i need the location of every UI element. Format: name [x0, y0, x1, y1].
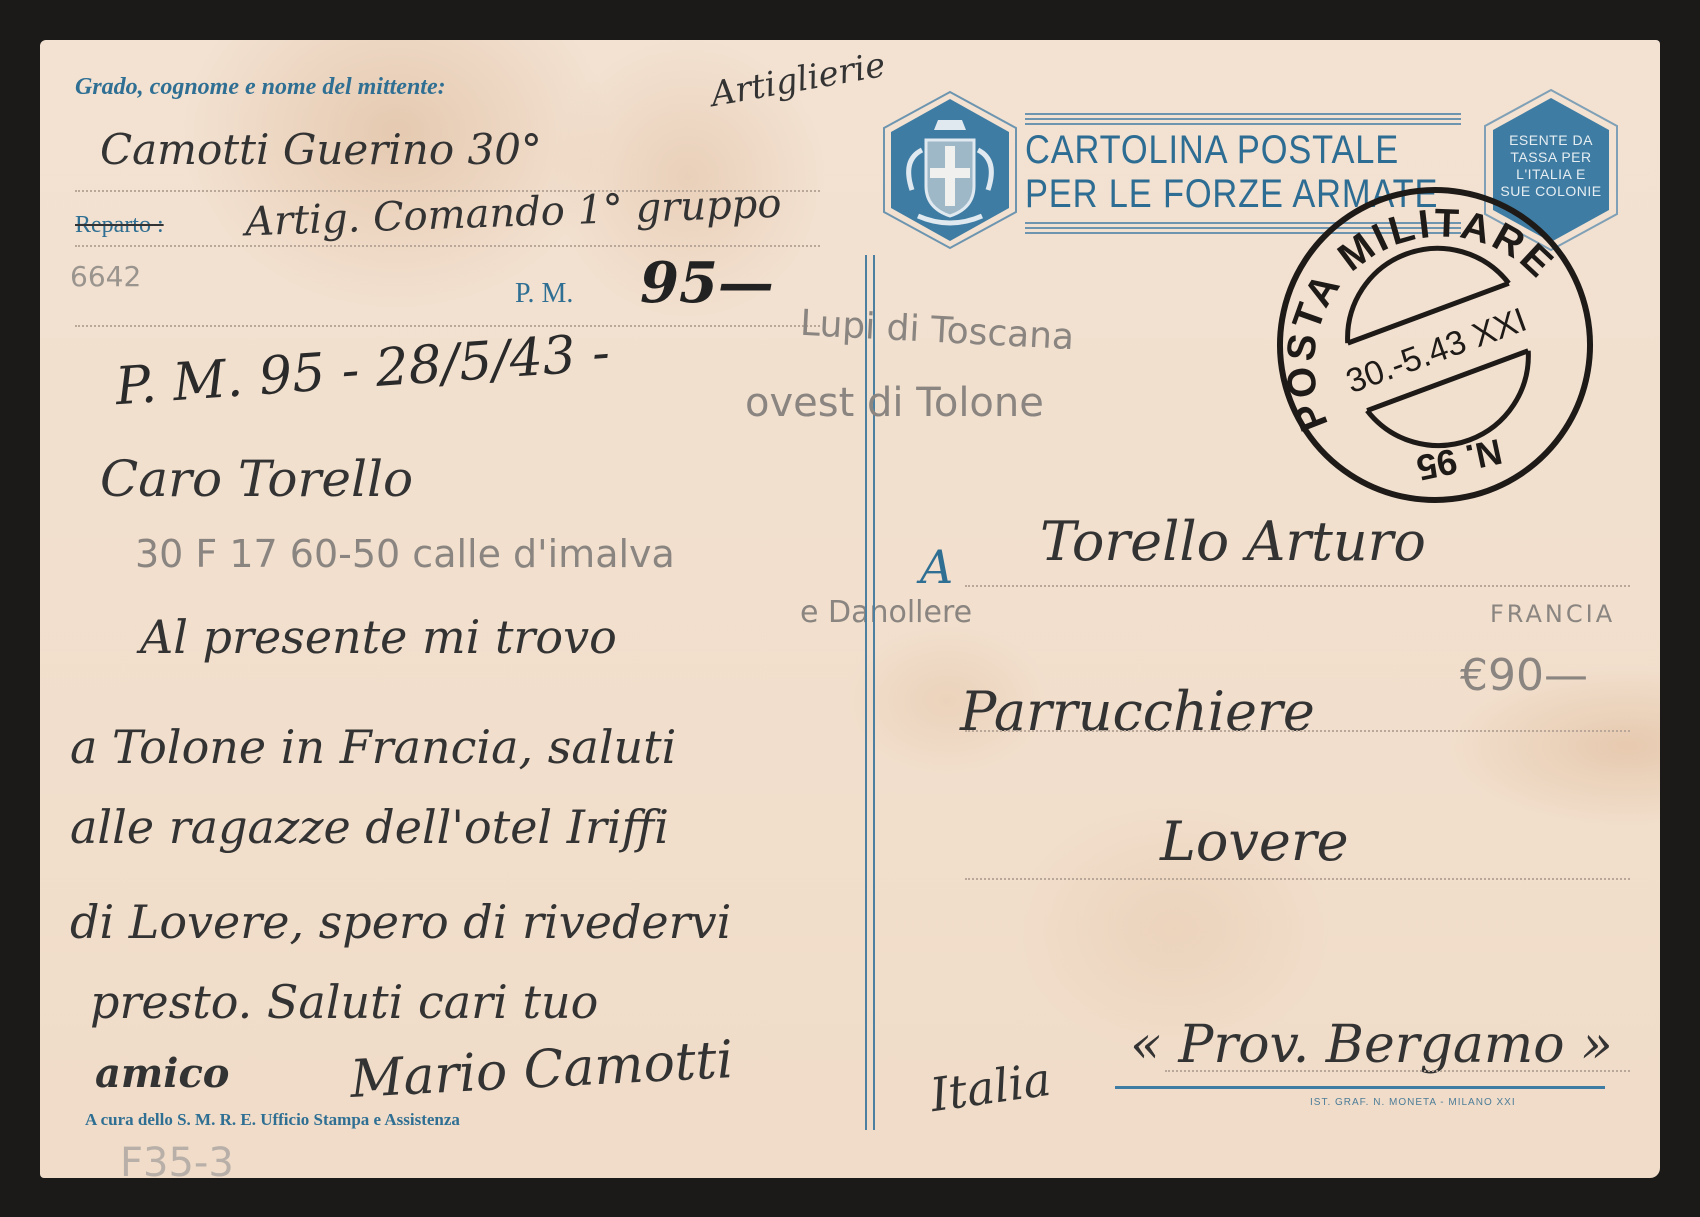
sender-label: Grado, cognome e nome del mittente:	[75, 74, 446, 101]
savoy-coat-of-arms-icon	[882, 90, 1018, 250]
message-line-1: Al presente mi trovo	[140, 610, 617, 664]
pencil-country: FRANCIA	[1490, 600, 1615, 628]
address-prefix: A	[920, 540, 953, 594]
message-line-4: di Lovere, spero di rivedervi	[70, 895, 731, 949]
rank-handwritten: Artiglierie	[708, 45, 889, 115]
signature: Mario Camotti	[349, 1030, 735, 1110]
pencil-corner-note: 6642	[70, 260, 141, 293]
sender-name: Camotti Guerino 30°	[100, 125, 542, 174]
pm-label: P. M.	[515, 278, 573, 310]
svg-text:N. 95: N. 95	[1413, 431, 1506, 489]
recipient-city: Lovere	[1160, 810, 1349, 873]
greeting: Caro Torello	[100, 450, 413, 508]
unit-label: Reparto :	[75, 212, 164, 239]
pencil-location-line-2: ovest di Tolone	[745, 380, 1044, 426]
pencil-bottom-note: F35-3	[120, 1140, 234, 1186]
postcard: Grado, cognome e nome del mittente: Arti…	[40, 40, 1660, 1178]
svg-text:POSTA MILITARE: POSTA MILITARE	[1270, 180, 1589, 438]
message-addendum: e Danollere	[800, 595, 972, 630]
postmark-stamp: POSTA MILITARE 30.-5.43 XXI N. 95	[1270, 180, 1600, 510]
message-line-3: alle ragazze dell'otel Iriffi	[70, 800, 669, 854]
title-line-1: CARTOLINA POSTALE	[1025, 128, 1400, 172]
date-line: P. M. 95 - 28/5/43 -	[114, 323, 612, 417]
printer-credit: IST. GRAF. N. MONETA - MILANO XXI	[1310, 1097, 1516, 1108]
recipient-province: « Prov. Bergamo »	[1130, 1015, 1613, 1075]
address-base-line	[1115, 1086, 1605, 1089]
italia-handwritten: Italia	[927, 1052, 1054, 1122]
printed-footer-note: A cura dello S. M. R. E. Ufficio Stampa …	[85, 1110, 460, 1130]
pencil-price: €90—	[1460, 650, 1588, 701]
pm-number: 95—	[640, 250, 774, 316]
message-closing: amico	[95, 1050, 229, 1097]
message-line-2: a Tolone in Francia, saluti	[70, 720, 676, 774]
message-line-5: presto. Saluti cari tuo	[90, 975, 598, 1029]
recipient-occupation: Parrucchiere	[960, 680, 1315, 743]
pencil-reference-note: 30 F 17 60-50 calle d'imalva	[135, 532, 675, 576]
recipient-name: Torello Arturo	[1040, 510, 1426, 573]
pencil-location-line-1: Lupi di Toscana	[799, 303, 1075, 358]
